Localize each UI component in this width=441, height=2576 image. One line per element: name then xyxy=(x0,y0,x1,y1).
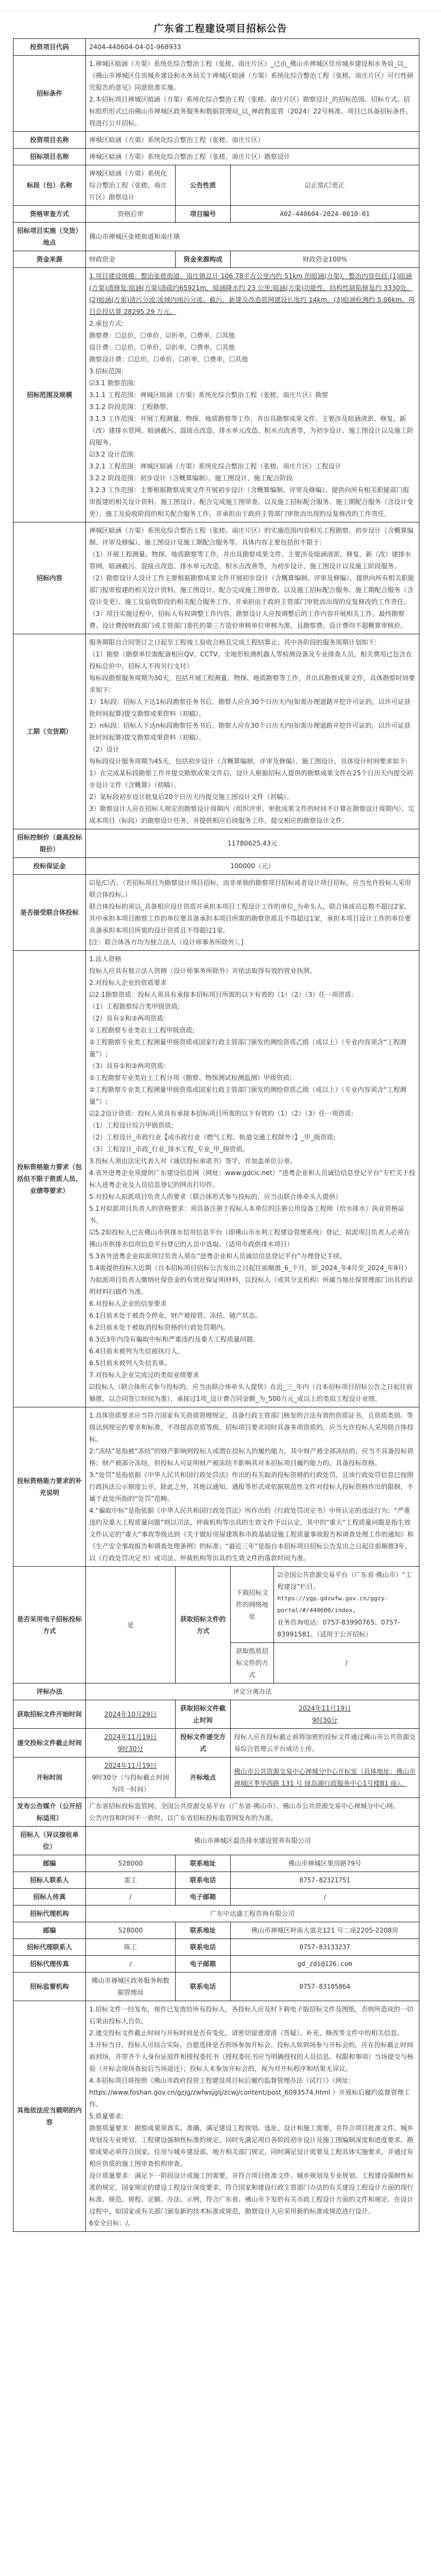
scope-line: ☑3.1 勘察范围: xyxy=(89,377,416,389)
label: 递交投标文件截止时间 xyxy=(14,1729,86,1757)
agency-value: 广东中达盛工程咨询有限公司 xyxy=(86,1906,419,1922)
requirements-line: ☑5.2如投标人已在佛山市供排水信用信息平台（即佛山市水利工程建设管理系统）登记… xyxy=(89,1226,416,1250)
row-funding: 资金来源 财政资金 资金来源构成 财政资金100% xyxy=(14,251,419,268)
label: 标段（包）名称 xyxy=(14,165,86,206)
row-obtain-time: 获取招标文件开始时间 2024年10月29日 获取招标文件截止时间 2024年1… xyxy=(14,1700,419,1729)
period-line: 1）1标段：招标人下达1标段勘察任务书后，勘察人应在30个日历天内(如需办理道路… xyxy=(89,696,416,720)
consortium-body: ☑是/☐否。（若招标项目为勘察设计项目招标，而非单独的勘察项目招标或者设计项目招… xyxy=(86,875,419,951)
label: 招标内容 xyxy=(14,522,86,634)
label: 招标控制价（最高投标限价） xyxy=(14,829,86,858)
agency-email-value[interactable]: gd_zds@126.com xyxy=(231,1956,419,1973)
agency-address-label: 联系地址 xyxy=(176,1922,231,1939)
row-bid-project-name: 招标项目名称 禅城区暗涵（方渠）系统化综合整治工程（张槎、南庄片区）勘察设计 xyxy=(14,149,419,165)
scope-line: 1.项目建设规模：整治张槎街道、南庄镇总计 106.78平方公里内约 51km … xyxy=(89,270,416,318)
row-agency-fax: 招标代理传真 / 电子邮箱 gd_zds@126.com xyxy=(14,1956,419,1973)
row-agency-zip: 邮编 528000 联系地址 佛山市禅城区岭南大道北121 号二座2205-22… xyxy=(14,1922,419,1939)
tenderer-email-value: / xyxy=(231,1889,419,1906)
row-content: 招标内容 禅城区暗涵（方渠）系统化综合整治工程（张槎、南庄片区）的实施范围内容相… xyxy=(14,522,419,634)
row-tenderer: 招标人（异议接收单位） 佛山市禅城区盈浩排水建设管养有限公司 xyxy=(14,1827,419,1855)
requirements-line: 5.4需提供投标人近期（自本招标项目招标公告发出之日起往前顺推_6_个月，即_2… xyxy=(89,1262,416,1298)
agency-phone-label: 联系电话 xyxy=(176,1939,231,1956)
requirements-line: 6.4目前未被列为失信被执行人。 xyxy=(89,1345,416,1357)
obtain-end-date: 2024年11月19日 xyxy=(234,1702,416,1714)
supplement-line: 4.“骗取中标”是指依据《中华人民共和国行政处罚法》所作出的《行政处罚决定书》中… xyxy=(89,1505,416,1564)
consortium-line: [注：联合体各方均为独立法人（设计师事务所除外）。] xyxy=(89,936,416,948)
requirements-line: ☑2.2设计资质：投标人须具有承接本招标项目所需的以下有效的（1）（2）（3）任… xyxy=(89,1108,416,1119)
row-control-price: 招标控制价（最高投标限价） 11780625.43元 xyxy=(14,829,419,858)
requirements-line: 6.对投标人企业的信誉要求 xyxy=(89,1298,416,1310)
row-opening: 开标时间 2024年11月19日 9时30分（与投标截止时间为同一时间） 开标地… xyxy=(14,1757,419,1798)
label: 招标项目名称 xyxy=(14,149,86,165)
other-line: 3.开标当日，投标人可结合实际，自愿选择是否到场参加开标会。投标人如到场参与开标… xyxy=(89,2039,416,2075)
label: 是否采用电子招标投标方式 xyxy=(14,1567,86,1683)
requirements-line: ①工程勘察专业类岩土工程甲级资质; xyxy=(89,1024,416,1036)
requirements-line: 5.1对拟派项目负责人的资格要求：须具备注册于投标人本单位的注册公用设备工程师（… xyxy=(89,1203,416,1226)
row-media: 发布公告媒介（公开招标适用） 广东省招标投标监管网、全国公共资源交易平台（广东省… xyxy=(14,1798,419,1827)
other-line: 勘察质量要求：勘察成果须真实、准确，满足建设工程规划、选址、设计和施工需要，并符… xyxy=(89,2122,416,2170)
location-value: 佛山市禅城区张槎街道和南庄镇 xyxy=(86,223,419,251)
tenderer-fax-value: / xyxy=(86,1889,176,1906)
label: 招标范围及规模 xyxy=(14,268,86,522)
requirements-line: ②工程勘察专业类工程测量甲级资质或国家行政主管部门颁发的测绘资质乙级（或以上）（… xyxy=(89,1084,416,1108)
scope-line: 3.2.1 工程范围：禅城区暗涵（方渠）系统化综合整治工程（张槎、南庄片区）工程… xyxy=(89,460,416,472)
supplement-line: 3.“处罚”是指依据《中华人民共和国行政处罚法》作出的有关取消投标资格的行政处罚… xyxy=(89,1469,416,1505)
requirements-line: 2.对投标人企业的资质要求 xyxy=(89,977,416,989)
label: 招标项目实施（交货）地点 xyxy=(14,223,86,251)
media-line: 广东省招标投标监管网、全国公共资源交易平台（广东省·佛山市）、佛山市公共资源交易… xyxy=(89,1800,416,1812)
row-tenderer-fax: 招标人传真 / 电子邮箱 / xyxy=(14,1889,419,1906)
row-supplement: 投标资格能力要求的补充说明 1.具体资质要求应当符合国家有关资质管理规定，具备行… xyxy=(14,1407,419,1567)
supervisor-value: 佛山市禅城区政务服务和数据管理局 xyxy=(86,1973,176,2001)
requirements-line: 7.对投标人企业完成过的类似业绩要求 xyxy=(89,1369,416,1381)
tenderer-address-value: 佛山市禅城区果房路79号 xyxy=(231,1855,419,1872)
content-line: （1）开展工程测量、物探、地质勘察等工作，并出具勘察成果文件。主要涉及暗涵清淤、… xyxy=(89,548,416,572)
supervisor-phone-label: 联系电话 xyxy=(176,1973,231,2001)
label: 获取招标文件开始时间 xyxy=(14,1700,86,1729)
agency-phone-value: 0757-83133237 xyxy=(231,1939,419,1956)
opening-time: 2024年11月19日 9时30分（与投标截止时间为同一时间） xyxy=(86,1757,176,1798)
download-line: ☑全国公共资源交易平台（广东省·佛山市）“工程建设”栏目。 xyxy=(277,1569,416,1593)
row-electronic-download: 是否采用电子招标投标方式 是 获取招标文件的方式 下载招标文件的网络地址 ☑全国… xyxy=(14,1567,419,1643)
row-other: 其他依法应当载明的内容 1.招标文件一经发布，视作已发放给所有投标人，各投标人应… xyxy=(14,2001,419,2232)
media-body: 广东省招标投标监管网、全国公共资源交易平台（广东省·佛山市）、佛山市公共资源交易… xyxy=(86,1798,419,1827)
label: 工期（交货期） xyxy=(14,634,86,829)
other-line: 2.递交投标文件截止时间与开标时间是否有变化，请密切留意澄清（答疑）、补充、修改… xyxy=(89,2027,416,2039)
row-location: 招标项目实施（交货）地点 佛山市禅城区张槎街道和南庄镇 xyxy=(14,223,419,251)
period-line: 服务期限自合同签订之日起至工程竣工验收合格且完成工程结算止。其中各阶段的服务周期… xyxy=(89,636,416,648)
requirements-line: （1）工程勘察综合类甲级资质; xyxy=(89,1001,416,1012)
label: 投资项目名称 xyxy=(14,132,86,149)
row-qualification: 资格审查方式 资格后审 项目编号 A02-440604-2024-0010-01 xyxy=(14,206,419,223)
section-name-value: 禅城区暗涵（方渠）系统化综合整治工程（张槎、南庄片区）勘察设计 xyxy=(86,165,176,206)
scope-line: 3.2.3 工作范围：主要根据勘察成果文件开展初步设计（含概算编制、评审及修编）… xyxy=(89,484,416,520)
row-deposit: 投标保证金 100000（元） xyxy=(14,858,419,875)
requirements-line: ☑2.1勘察资质：投标人须具有承接本招标项目所需的以下有效的（1）（2）（3）任… xyxy=(89,989,416,1001)
label: 投标资格能力要求的补充说明 xyxy=(14,1407,86,1567)
scope-line: 2.承包方式: xyxy=(89,318,416,330)
funding-composition-label: 资金来源构成 xyxy=(176,251,231,268)
scope-line: 3.1.2 阶段范围：工程勘察。 xyxy=(89,401,416,413)
bid-project-name-value: 禅城区暗涵（方渠）系统化综合整治工程（张槎、南庄片区）勘察设计 xyxy=(86,149,419,165)
period-line: 2）n标段：招标人下达n标段勘察任务书后，勘察人应在30个日历天内(如需办理道路… xyxy=(89,720,416,743)
row-tenderer-zip: 邮编 528000 联系地址 佛山市禅城区果房路79号 xyxy=(14,1855,419,1872)
notice-type-label: 公告性质 xyxy=(176,165,231,206)
agency-email-label: 电子邮箱 xyxy=(176,1956,231,1973)
content-body: 禅城区暗涵（方渠）系统化综合整治工程（张槎、南庄片区）的实施范围内容相关工程勘察… xyxy=(86,522,419,634)
requirements-line: 投标人应具有独立法人资格（设计师事务所除外）并依法取得有效的营业执照。 xyxy=(89,965,416,977)
requirements-line: （1）工程设计综合甲级资质; xyxy=(89,1119,416,1131)
scope-line: 勘察费：☐总价，☐单价，☑折率，☐费率，☐其他 xyxy=(89,330,416,341)
row-section-name: 标段（包）名称 禅城区暗涵（方渠）系统化综合整治工程（张槎、南庄片区）勘察设计 … xyxy=(14,165,419,206)
content-line: （2）勘察设计人设计工作主要根据勘察成果文件开展初步设计（含概算编制、评审及修编… xyxy=(89,572,416,608)
conditions-line: 2.本招标项目禅城区暗涵（方渠）系统化综合整治工程（张槎、南庄片区）勘察设计_的… xyxy=(89,93,416,129)
download-link[interactable]: https://ygp.gdzwfw.gov.cn/ggzy-portal/#/… xyxy=(277,1593,416,1616)
row-agency-contact: 招标代理联系人 陈工 联系电话 0757-83133237 xyxy=(14,1939,419,1956)
row-scope: 招标范围及规模 1.项目建设规模：整治张槎街道、南庄镇总计 106.78平方公里… xyxy=(14,268,419,522)
tenderer-address-label: 联系地址 xyxy=(176,1855,231,1872)
other-line-link[interactable]: 4.本招标项目将按照《佛山市政府投资工程建设项目标后履约监督管理办法（试行）》（… xyxy=(89,2075,416,2110)
scope-body: 1.项目建设规模：整治张槎街道、南庄镇总计 106.78平方公里内约 51km … xyxy=(86,268,419,522)
tenderer-email-label: 电子邮箱 xyxy=(176,1889,231,1906)
other-body: 1.招标文件一经发布，视作已发放给所有投标人，各投标人应及时下载电子版招标文件及… xyxy=(86,2001,419,2232)
scope-line: 勘察设计费：☐总价，☐单价，☐折率，☐费率，☐其他 xyxy=(89,353,416,365)
other-line: 设计质量要求：满足下一阶段设计或施工的需要，并符合项目批准文件、城乡规划及专业规… xyxy=(89,2170,416,2217)
content-line: （3）项目实施过程中，招标人有权调整工作内容，勘察设计人应按调整后的工作内容开展… xyxy=(89,608,416,632)
requirements-line: 6.1目前未处于被责令停业，财产被接管、冻结，破产状态。 xyxy=(89,1310,416,1321)
tenderer-phone-label: 联系电话 xyxy=(176,1872,231,1889)
opening-place-label: 开标地点 xyxy=(176,1757,231,1798)
invest-name-value: 禅城区暗涵（方渠）系统化综合整治工程（张槎、南庄片区） xyxy=(86,132,419,149)
tenderer-value: 佛山市禅城区盈浩排水建设管养有限公司 xyxy=(86,1827,419,1855)
submit-method-value: 投标人应在投标截止前将加密的投标文件通过佛山市公共资源交易综合管理云平台成功上传… xyxy=(231,1729,419,1757)
label: 资金来源 xyxy=(14,251,86,268)
label: 招标代理联系人 xyxy=(14,1939,86,1956)
period-body: 服务期限自合同签订之日起至工程竣工验收合格且完成工程结算止。其中各阶段的服务周期… xyxy=(86,634,419,829)
label: 邮编 xyxy=(14,1855,86,1872)
notice-type-value: ☑正常/☐更正 xyxy=(231,165,419,206)
row-conditions: 招标条件 1.禅城区暗涵（方渠）系统化综合整治工程（张槎、南庄片区）_已由_佛山… xyxy=(14,56,419,132)
other-line: 5.质量要求: xyxy=(89,2110,416,2122)
scope-line: 3.1.3 工作范围：开展工程测量、物探、地质勘察等工作，并出具勘察成果文件。主… xyxy=(89,413,416,448)
requirements-line: 6.2目前未处于被取消投标资格的行政处罚期内。 xyxy=(89,1321,416,1333)
requirements-line: 1.法人资格 xyxy=(89,953,416,965)
project-no-label: 项目编号 xyxy=(176,206,231,223)
label: 投资项目代码 xyxy=(14,39,86,56)
requirements-line: 5.对投标人拟派项目负责人的要求（联合体形式参与投标的，应当由联合体牵头人提供） xyxy=(89,1191,416,1203)
paper-method-value: / xyxy=(274,1643,419,1683)
submit-time: 9时30分 xyxy=(89,1743,172,1755)
download-address-body: ☑全国公共资源交易平台（广东省·佛山市）“工程建设”栏目。 https://yg… xyxy=(274,1567,419,1643)
paper-method-label: 获取纸质招标文件的方式 xyxy=(231,1643,274,1683)
obtain-end-time: 9时30分 xyxy=(234,1714,416,1726)
funding-value: 财政资金 xyxy=(86,251,176,268)
requirements-line: （2）工程设计_市政行业【或市政行业（燃气工程、轨道交通工程除外）】_甲_级资质… xyxy=(89,1131,416,1143)
control-price-value: 11780625.43元 xyxy=(86,829,419,858)
requirements-line: 5.3省外进粤企业拟派项目负责人须在“进粤企业和人员诚信信息登记平台”办理登记手… xyxy=(89,1250,416,1262)
label: 开标时间 xyxy=(14,1757,86,1798)
period-line: 3）勘察设计人应在招标人规定的勘察设计周期内（组织评审、审批成果文件的时间不计算… xyxy=(89,803,416,827)
agency-address-value: 佛山市禅城区岭南大道北121 号二座2205-2208房 xyxy=(231,1922,419,1939)
qualification-value: 资格后审 xyxy=(86,206,176,223)
period-line: 2）某标段初步设计批复后20个日历天内提交施工图设计文件（初稿）。 xyxy=(89,791,416,803)
label: 评标办法 xyxy=(14,1683,86,1700)
other-line: 6安全目标：/。 xyxy=(89,2217,416,2229)
requirements-line: 3.投标人须由法定代表人对《诚信投标承诺书》签字，并加盖单位公章。 xyxy=(89,1155,416,1167)
consortium-line: ☑是/☐否。（若招标项目为勘察设计项目招标，而非单独的勘察项目招标或者设计项目招… xyxy=(89,877,416,901)
supplement-line: 2.“冻结”是指被“冻结”的财产影响到投标人或潜在投标人的履约能力。其中财产被全… xyxy=(89,1445,416,1469)
label: 资格审查方式 xyxy=(14,206,86,223)
deposit-value: 100000（元） xyxy=(86,858,419,875)
scope-line: 3.招标范围: xyxy=(89,365,416,377)
requirements-line: （2）具有①和②两项资质: xyxy=(89,1012,416,1024)
opening-place-value: 佛山市公共资源交易中心禅城分中心开标室（具体地址：佛山市禅城区季华西路 131 … xyxy=(231,1757,419,1798)
evaluation-value: 评定分离办法 xyxy=(86,1683,419,1700)
label: 投标保证金 xyxy=(14,858,86,875)
media-line: 公告内容和时间不一致时，以广东省招标投标监管网发布的为准。 xyxy=(89,1812,416,1824)
project-code-value: 2404-440604-04-01-968933 xyxy=(86,39,419,56)
label: 招标人联系人 xyxy=(14,1872,86,1889)
requirements-line: 4.省外进粤企业须提供广东建设信息网（网址：www.gdcic.net）“进粤企… xyxy=(89,1167,416,1191)
requirements-line: ②工程勘察专业类工程测量甲级资质或国家行政主管部门颁发的测绘资质乙级（或以上）（… xyxy=(89,1036,416,1060)
requirements-line: 6.5目前未被列入失信名单。 xyxy=(89,1357,416,1369)
row-agency: 招标代理机构 广东中达盛工程咨询有限公司 xyxy=(14,1906,419,1922)
label: 发布公告媒介（公开招标适用） xyxy=(14,1798,86,1827)
label: 招标代理传真 xyxy=(14,1956,86,1973)
project-no-value: A02-440604-2024-0010-01 xyxy=(231,206,419,223)
obtain-end-value: 2024年11月19日 9时30分 xyxy=(231,1700,419,1729)
top-bar xyxy=(0,0,441,11)
download-line: 业务咨询电话：0757-83990765、0757-83991581。（适用于公… xyxy=(277,1616,416,1640)
label: 招标监督机构 xyxy=(14,1973,86,2001)
submit-deadline: 2024年11月19日 9时30分 xyxy=(86,1729,176,1757)
row-evaluation: 评标办法 评定分离办法 xyxy=(14,1683,419,1700)
opening-date: 2024年11月19日 xyxy=(89,1760,172,1772)
tenderer-contact-value: 雷工 xyxy=(86,1872,176,1889)
label: 邮编 xyxy=(14,1922,86,1939)
period-line: （2）设计 xyxy=(89,743,416,755)
row-consortium: 是否接受联合体投标 ☑是/☐否。（若招标项目为勘察设计项目招标，而非单独的勘察项… xyxy=(14,875,419,951)
obtain-start-value: 2024年10月29日 xyxy=(86,1700,176,1729)
requirements-line: ①工程勘察专业类岩土工程分项（勘察、物探测试检测监测）甲级资质; xyxy=(89,1072,416,1084)
scope-line: ☑3.2 设计范围: xyxy=(89,448,416,460)
label: 招标代理机构 xyxy=(14,1906,86,1922)
submit-method-label: 投标文件递交方式 xyxy=(176,1729,231,1757)
obtain-method-label: 获取招标文件的方式 xyxy=(176,1567,231,1683)
consortium-line: 联合体投标的须以_具备相应设计资质并承担本项目工程设计工作的单位_为牵头人，联合… xyxy=(89,901,416,936)
row-submit: 递交投标文件截止时间 2024年11月19日 9时30分 投标文件递交方式 投标… xyxy=(14,1729,419,1757)
obtain-end-label: 获取招标文件截止时间 xyxy=(176,1700,231,1729)
tenderer-phone-value: 0757-82321751 xyxy=(231,1872,419,1889)
other-line: 1.招标文件一经发布，视作已发放给所有投标人，各投标人应及时下载电子版招标文件及… xyxy=(89,2003,416,2027)
requirements-line: 6.3近3年内没有骗取中标和严重违约及重大工程质量问题。 xyxy=(89,1333,416,1345)
supervisor-phone-value: 0757-83105864 xyxy=(231,1973,419,2001)
period-line: 1）在完成某标段勘察工作并提交勘察成果文件后，设计人根据招标人提供的勘察成果文件… xyxy=(89,767,416,791)
row-requirements: 投标资格能力要求（包括但不限于资质人员、业绩等要求） 1.法人资格 投标人应具有… xyxy=(14,951,419,1407)
requirements-line: （3）具有①和②两项资质: xyxy=(89,1060,416,1072)
label: 其他依法应当载明的内容 xyxy=(14,2001,86,2232)
bottom-whitespace xyxy=(0,2232,441,2270)
row-project-code: 投资项目代码 2404-440604-04-01-968933 xyxy=(14,39,419,56)
supplement-body: 1.具体资质要求应当符合国家有关资质管理规定，具备行政主管部门核发的合法有效的资… xyxy=(86,1407,419,1567)
row-tenderer-contact: 招标人联系人 雷工 联系电话 0757-82321751 xyxy=(14,1872,419,1889)
row-supervisor: 招标监督机构 佛山市禅城区政务服务和数据管理局 联系电话 0757-831058… xyxy=(14,1973,419,2001)
period-line: 每标段设计服务周期为45天，包括初步设计（含概算编制、评审及修编）、施工图设计，… xyxy=(89,755,416,767)
agency-zip-value: 528000 xyxy=(86,1922,176,1939)
label: 招标人传真 xyxy=(14,1889,86,1906)
requirements-line: （3）工程设计_市政_行业_排水工程_专业_甲_级资质。 xyxy=(89,1143,416,1155)
period-line: 每标段勘察服务周期为30天，包括开展工程测量、物探、地质勘察等工作，并出具勘察成… xyxy=(89,672,416,696)
agency-fax-value: / xyxy=(86,1956,176,1973)
requirements-line: ☑投标人（联合体形式参与投标的，应当由联合体牵头人提供）在近_三_年内（自本招标… xyxy=(89,1381,416,1405)
period-line: （1）勘察（勘察单位需配备相应QV、CCTV、全地形检测机器人等检测设备及专业排… xyxy=(89,648,416,672)
content-line: 禅城区暗涵（方渠）系统化综合整治工程（张槎、南庄片区）的实施范围内容相关工程勘察… xyxy=(89,525,416,548)
row-period: 工期（交货期） 服务期限自合同签订之日起至工程竣工验收合格且完成工程结算止。其中… xyxy=(14,634,419,829)
label: 是否接受联合体投标 xyxy=(14,875,86,951)
page-title: 广东省工程建设项目招标公告 xyxy=(0,11,441,38)
tenderer-zip-value: 528000 xyxy=(86,1855,176,1872)
opening-time-text: 9时30分（与投标截止时间为同一时间） xyxy=(89,1772,172,1795)
agency-contact-value: 陈工 xyxy=(86,1939,176,1956)
electronic-value: 是 xyxy=(86,1567,176,1683)
row-invest-name: 投资项目名称 禅城区暗涵（方渠）系统化综合整治工程（张槎、南庄片区） xyxy=(14,132,419,149)
scope-line: 3.1.1 工程范围：禅城区暗涵（方渠）系统化综合整治工程（张槎、南庄片区）勘察 xyxy=(89,389,416,401)
submit-date: 2024年11月19日 xyxy=(89,1731,172,1743)
supplement-line: 1.具体资质要求应当符合国家有关资质管理规定，具备行政主管部门核发的合法有效的资… xyxy=(89,1410,416,1445)
scope-line: 设计费：☐总价，☐单价，☑折率，☐费率，☐其他 xyxy=(89,341,416,353)
download-address-label: 下载招标文件的网络地址 xyxy=(231,1567,274,1643)
scope-line: 3.2.2 阶段范围：初步设计（含概算编制）、施工图设计、施工配合阶段 xyxy=(89,472,416,484)
label: 投标资格能力要求（包括但不限于资质人员、业绩等要求） xyxy=(14,951,86,1407)
notice-table: 投资项目代码 2404-440604-04-01-968933 招标条件 1.禅… xyxy=(13,38,419,2232)
requirements-body: 1.法人资格 投标人应具有独立法人资格（设计师事务所除外）并依法取得有效的营业执… xyxy=(86,951,419,1407)
label: 招标人（异议接收单位） xyxy=(14,1827,86,1855)
label: 招标条件 xyxy=(14,56,86,132)
conditions-line: 1.禅城区暗涵（方渠）系统化综合整治工程（张槎、南庄片区）_已由_佛山市禅城区住… xyxy=(89,58,416,93)
conditions-body: 1.禅城区暗涵（方渠）系统化综合整治工程（张槎、南庄片区）_已由_佛山市禅城区住… xyxy=(86,56,419,132)
funding-composition-value: 财政资金100% xyxy=(231,251,419,268)
